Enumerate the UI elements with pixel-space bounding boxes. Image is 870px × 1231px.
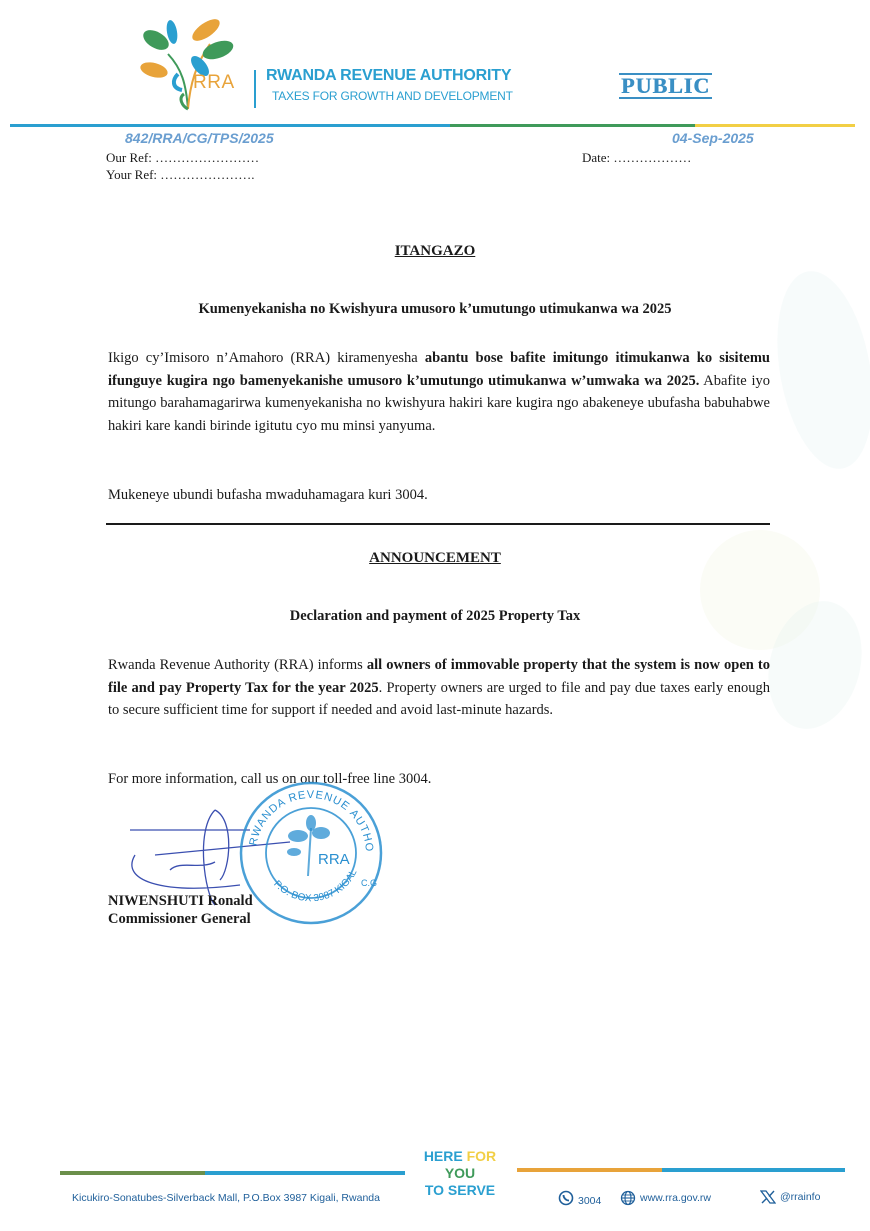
rra-logo-icon <box>138 14 248 114</box>
logo-divider <box>254 70 256 108</box>
logo-text: RRA <box>193 72 235 94</box>
section-divider <box>106 523 770 525</box>
itangazo-paragraph: Ikigo cy’Imisoro n’Amahoro (RRA) kiramen… <box>108 347 770 437</box>
phone-icon <box>558 1190 574 1206</box>
signatory-name: NIWENSHUTI Ronald <box>108 892 253 910</box>
org-tagline: TAXES FOR GROWTH AND DEVELOPMENT <box>272 89 513 103</box>
slogan-line2: TO SERVE <box>410 1182 510 1199</box>
footer-website[interactable]: www.rra.gov.rw <box>620 1190 711 1206</box>
itangazo-contact-line: Mukeneye ubundi bufasha mwaduhamagara ku… <box>108 484 770 507</box>
org-name: RWANDA REVENUE AUTHORITY <box>266 67 511 85</box>
footer-social[interactable]: @rrainfo <box>760 1190 820 1204</box>
social-handle[interactable]: @rrainfo <box>780 1191 820 1203</box>
itangazo-subheading: Kumenyekanisha no Kwishyura umusoro k’um… <box>100 301 770 318</box>
x-logo-icon <box>760 1190 776 1204</box>
watermark-leaf <box>763 264 870 477</box>
announcement-heading: ANNOUNCEMENT <box>100 550 770 567</box>
official-seal: RWANDA REVENUE AUTHORITY P.O. BOX 3987 K… <box>236 778 386 928</box>
reference-number: 842/RRA/CG/TPS/2025 <box>125 130 274 146</box>
announcement-contact-line: For more information, call us on our tol… <box>108 768 770 791</box>
itangazo-paragraph-lead: Ikigo cy’Imisoro n’Amahoro (RRA) kiramen… <box>108 350 425 366</box>
signatory-title: Commissioner General <box>108 910 253 928</box>
svg-text:RRA: RRA <box>318 851 350 868</box>
footer-rule-orange <box>517 1168 662 1172</box>
rra-logo <box>138 14 248 114</box>
signatory-block: NIWENSHUTI Ronald Commissioner General <box>108 892 253 928</box>
header-rule <box>10 124 855 127</box>
footer-slogan: HERE FOR YOU TO SERVE <box>410 1148 510 1199</box>
date-label: Date: ……………… <box>582 150 691 166</box>
rra-seal-icon: RWANDA REVENUE AUTHORITY P.O. BOX 3987 K… <box>236 778 386 928</box>
footer-address: Kicukiro-Sonatubes-Silverback Mall, P.O.… <box>72 1192 380 1204</box>
globe-icon <box>620 1190 636 1206</box>
public-classification-stamp: PUBLIC <box>619 73 712 99</box>
footer-rule-blue-right <box>662 1168 845 1172</box>
footer-phone: 3004 <box>558 1190 601 1206</box>
footer-rule-green <box>60 1171 205 1175</box>
date-value: 04-Sep-2025 <box>672 130 754 146</box>
itangazo-heading: ITANGAZO <box>100 243 770 260</box>
announcement-subheading: Declaration and payment of 2025 Property… <box>100 608 770 625</box>
slogan-here: HERE <box>424 1148 463 1164</box>
website-link[interactable]: www.rra.gov.rw <box>640 1192 711 1204</box>
phone-number: 3004 <box>578 1195 601 1207</box>
announcement-paragraph-lead: Rwanda Revenue Authority (RRA) informs <box>108 657 367 673</box>
your-ref-label: Your Ref: …………………. <box>106 167 255 183</box>
svg-text:C.G: C.G <box>361 878 377 888</box>
slogan-you: YOU <box>445 1165 475 1181</box>
announcement-paragraph: Rwanda Revenue Authority (RRA) informs a… <box>108 654 770 722</box>
slogan-for: FOR <box>467 1148 497 1164</box>
footer-rule-blue <box>205 1171 405 1175</box>
our-ref-label: Our Ref: …………………… <box>106 150 259 166</box>
